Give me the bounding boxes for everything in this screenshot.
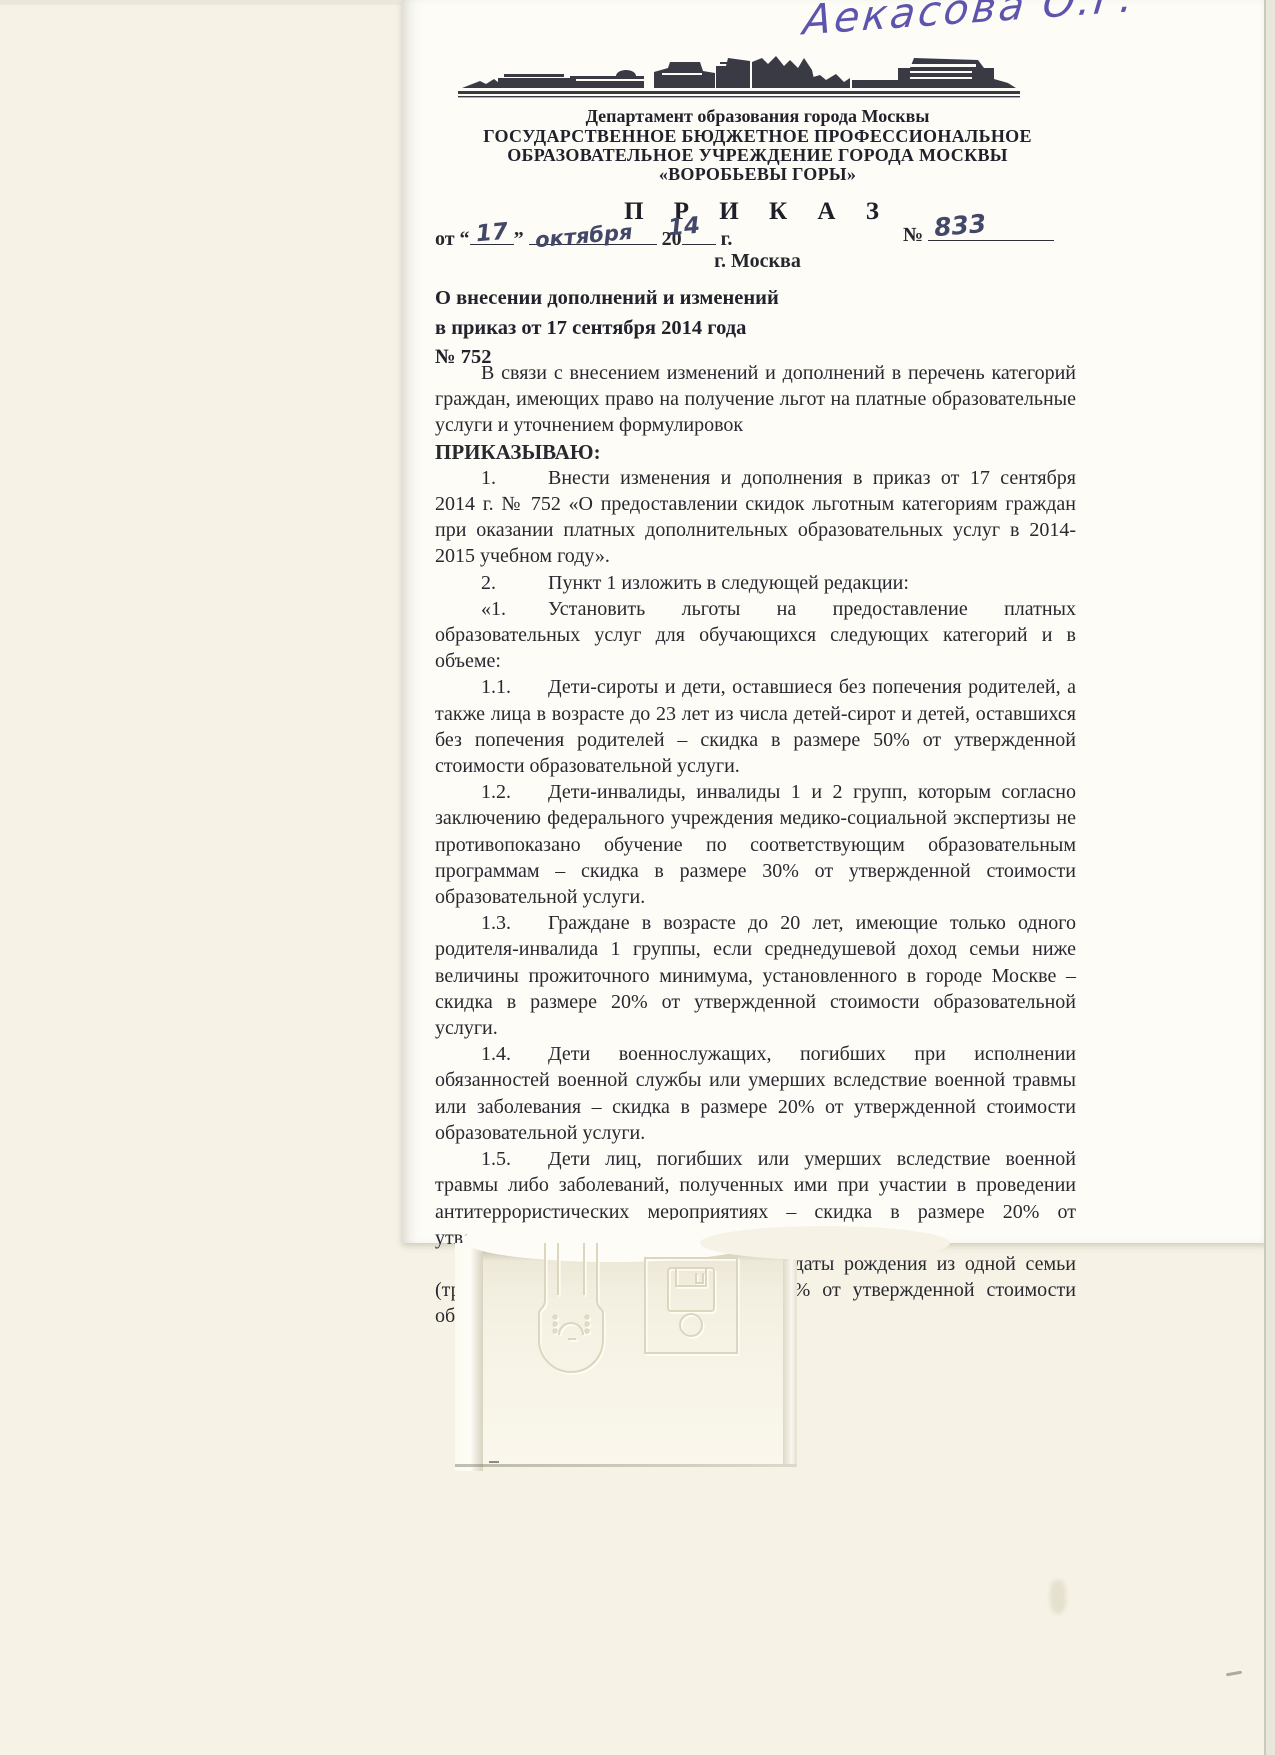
scan-smudge-artifact (1050, 1580, 1066, 1614)
item-number: 1.4. (481, 1041, 548, 1067)
item-paragraph: 1.1.Дети-сироты и дети, оставшиеся без п… (435, 674, 1076, 779)
date-close-quote: ” (514, 228, 524, 250)
building-skyline-logo-icon (458, 54, 1020, 102)
subject-line1: О внесении дополнений и изменений (435, 284, 935, 314)
handwritten-number: 833 (933, 209, 988, 242)
date-day-blank: 17 (470, 244, 514, 245)
scan-right-edge (1264, 0, 1275, 1755)
subject-line2: в приказ от 17 сентября 2014 года (435, 314, 935, 344)
item-paragraph: 1.2.Дети-инвалиды, инвалиды 1 и 2 групп,… (435, 779, 1076, 910)
floppy-disk-embossed-icon (647, 1260, 739, 1355)
item-number: 1. (481, 465, 548, 491)
handwritten-day: 17 (474, 219, 508, 248)
number-label: № (903, 224, 923, 246)
handwritten-year: 14 (666, 213, 700, 242)
item-paragraph: «1.Установить льготы на предоставление п… (435, 596, 1076, 675)
city-line: г. Москва (435, 250, 1080, 273)
org-name-line2: ОБРАЗОВАТЕЛЬНОЕ УЧРЕЖДЕНИЕ ГОРОДА МОСКВЫ (435, 146, 1080, 165)
item-text: Пункт 1 изложить в следующей редакции: (548, 572, 909, 594)
org-name-line1: ГОСУДАРСТВЕННОЕ БЮДЖЕТНОЕ ПРОФЕССИОНАЛЬН… (435, 127, 1080, 146)
document-body: В связи с внесением изменений и дополнен… (435, 360, 1076, 1330)
number-blank: 833 (928, 240, 1054, 241)
item-paragraph: 1.4.Дети военнослужащих, погибших при ис… (435, 1041, 1076, 1146)
scan-dash-artifact (1226, 1671, 1242, 1677)
date-prefix: от “ (435, 228, 470, 250)
film-holder-embossed-icon (541, 1245, 605, 1374)
org-name-line3: «ВОРОБЬЕВЫ ГОРЫ» (435, 165, 1080, 184)
letterhead: Департамент образования города Москвы ГО… (435, 106, 1080, 184)
number-line: № 833 (903, 224, 1054, 247)
item-number: 1.2. (481, 779, 548, 805)
item-number: 1.5. (481, 1146, 548, 1172)
scanner-lid-embossed-icons (470, 1243, 790, 1468)
item-number: «1. (481, 596, 548, 622)
item-number: 1.3. (481, 910, 548, 936)
item-paragraph: 1.Внести изменения и дополнения в приказ… (435, 465, 1076, 570)
date-suffix: г. (721, 228, 733, 250)
item-number: 2. (481, 570, 548, 596)
order-word: ПРИКАЗЫВАЮ: (435, 439, 1076, 465)
item-paragraph: 1.3.Граждане в возрасте до 20 лет, имеющ… (435, 910, 1076, 1041)
intro-paragraph: В связи с внесением изменений и дополнен… (435, 360, 1076, 439)
handwritten-month: октября (534, 220, 633, 252)
date-month-blank: октября (529, 244, 657, 245)
item-number: 1.1. (481, 674, 548, 700)
date-line: от “17” октября 2014 г. (435, 228, 732, 251)
item-paragraph: 2.Пункт 1 изложить в следующей редакции: (435, 570, 1076, 596)
year-blank: 14 (682, 244, 716, 245)
scanned-document-screenshot: Аекасова О.Г. (0, 0, 1275, 1755)
department-name: Департамент образования города Москвы (435, 106, 1080, 127)
